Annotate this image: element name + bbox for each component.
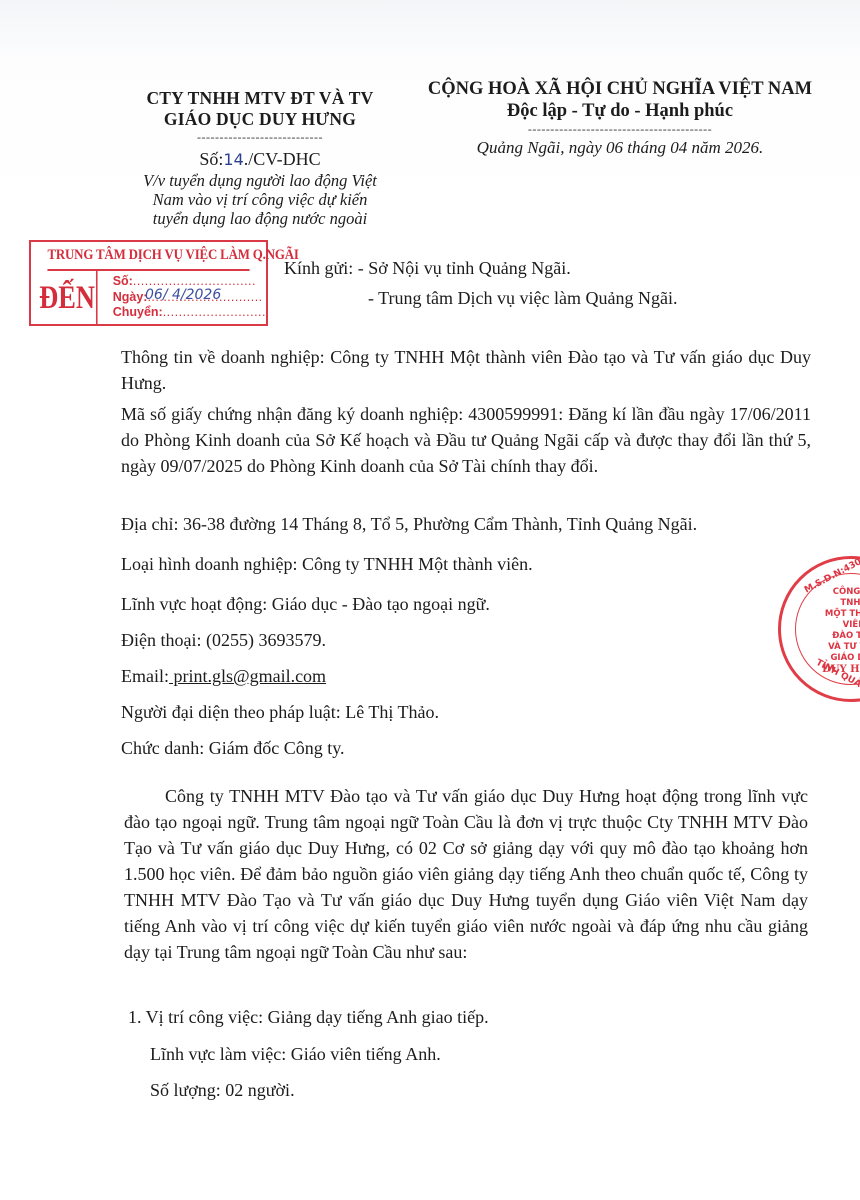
handwritten-received-date: 06/ 4/2026 [145, 287, 221, 303]
job-quantity-item: Số lượng: 02 người. [150, 1077, 840, 1103]
stamp-field-ngay: Ngày: [113, 290, 148, 304]
doc-no-prefix: Số: [199, 149, 223, 169]
registration-text: Mã số giấy chứng nhận đăng ký doanh nghi… [121, 401, 811, 479]
document-number: Số:14./CV-DHC [100, 148, 420, 171]
recipient-1: - Sở Nội vụ tỉnh Quảng Ngãi. [358, 258, 571, 278]
document-page: CTY TNHH MTV ĐT VÀ TV GIÁO DỤC DUY HƯNG … [0, 0, 860, 1200]
national-header: CỘNG HOÀ XÃ HỘI CHỦ NGHĨA VIỆT NAM Độc l… [410, 78, 830, 159]
stamp-field-so: Số: [113, 274, 133, 288]
job-field-item: Lĩnh vực làm việc: Giáo viên tiếng Anh. [150, 1041, 840, 1067]
recipient-2: - Trung tâm Dịch vụ việc làm Quảng Ngãi. [368, 287, 677, 309]
position-title-text: Chức danh: Giám đốc Công ty. [121, 735, 811, 761]
subject-line1: V/v tuyển dụng người lao động Việt [100, 171, 420, 190]
doc-no-number: 14 [223, 150, 243, 169]
subject-line2: Nam vào vị trí công việc dự kiến [100, 190, 420, 209]
issuer-header: CTY TNHH MTV ĐT VÀ TV GIÁO DỤC DUY HƯNG … [100, 88, 420, 228]
org-name-line1: CTY TNHH MTV ĐT VÀ TV [100, 88, 420, 109]
body-paragraph: Công ty TNHH MTV Đào tạo và Tư vấn giáo … [124, 783, 808, 965]
national-motto: Độc lập - Tự do - Hạnh phúc [410, 100, 830, 122]
email-line: Email: print.gls@gmail.com [121, 663, 811, 689]
doc-no-suffix: ./CV-DHC [244, 149, 321, 169]
business-type-text: Loại hình doanh nghiệp: Công ty TNHH Một… [121, 551, 811, 577]
business-field-text: Lĩnh vực hoạt động: Giáo dục - Đào tạo n… [121, 591, 811, 617]
stamp-field-chuyen: Chuyển: [113, 305, 163, 319]
header-right-separator: ----------------------------------------… [410, 124, 830, 134]
place-date: Quảng Ngãi, ngày 06 tháng 04 năm 2026. [410, 137, 830, 159]
header-left-separator: ---------------------------- [100, 132, 420, 142]
subject-line3: tuyển dụng lao động nước ngoài [100, 209, 420, 228]
received-stamp-label: ĐẾN [38, 271, 97, 326]
phone-text: Điện thoại: (0255) 3693579. [121, 627, 811, 653]
email-label: Email: [121, 666, 169, 686]
org-name-line2: GIÁO DỤC DUY HƯNG [100, 109, 420, 130]
recipients-line1: Kính gửi: - Sở Nội vụ tỉnh Quảng Ngãi. [284, 257, 571, 279]
company-info-text: Thông tin về doanh nghiệp: Công ty TNHH … [121, 344, 811, 396]
recipients-label: Kính gửi: [284, 258, 353, 278]
received-stamp-title: TRUNG TÂM DỊCH VỤ VIỆC LÀM Q.NGÃI [47, 242, 249, 271]
job-position-item: 1. Vị trí công việc: Giảng dạy tiếng Anh… [128, 1004, 818, 1030]
representative-text: Người đại diện theo pháp luật: Lê Thị Th… [121, 699, 811, 725]
address-text: Địa chỉ: 36-38 đường 14 Tháng 8, Tổ 5, P… [121, 511, 811, 537]
received-stamp: TRUNG TÂM DỊCH VỤ VIỆC LÀM Q.NGÃI ĐẾN Số… [29, 240, 268, 326]
nation-title: CỘNG HOÀ XÃ HỘI CHỦ NGHĨA VIỆT NAM [410, 78, 830, 100]
seal-center-text: CÔNG TY TNHH MỘT THÀNH VIÊN ĐÀO TẠO VÀ T… [819, 587, 860, 675]
email-link[interactable]: print.gls@gmail.com [169, 666, 326, 686]
